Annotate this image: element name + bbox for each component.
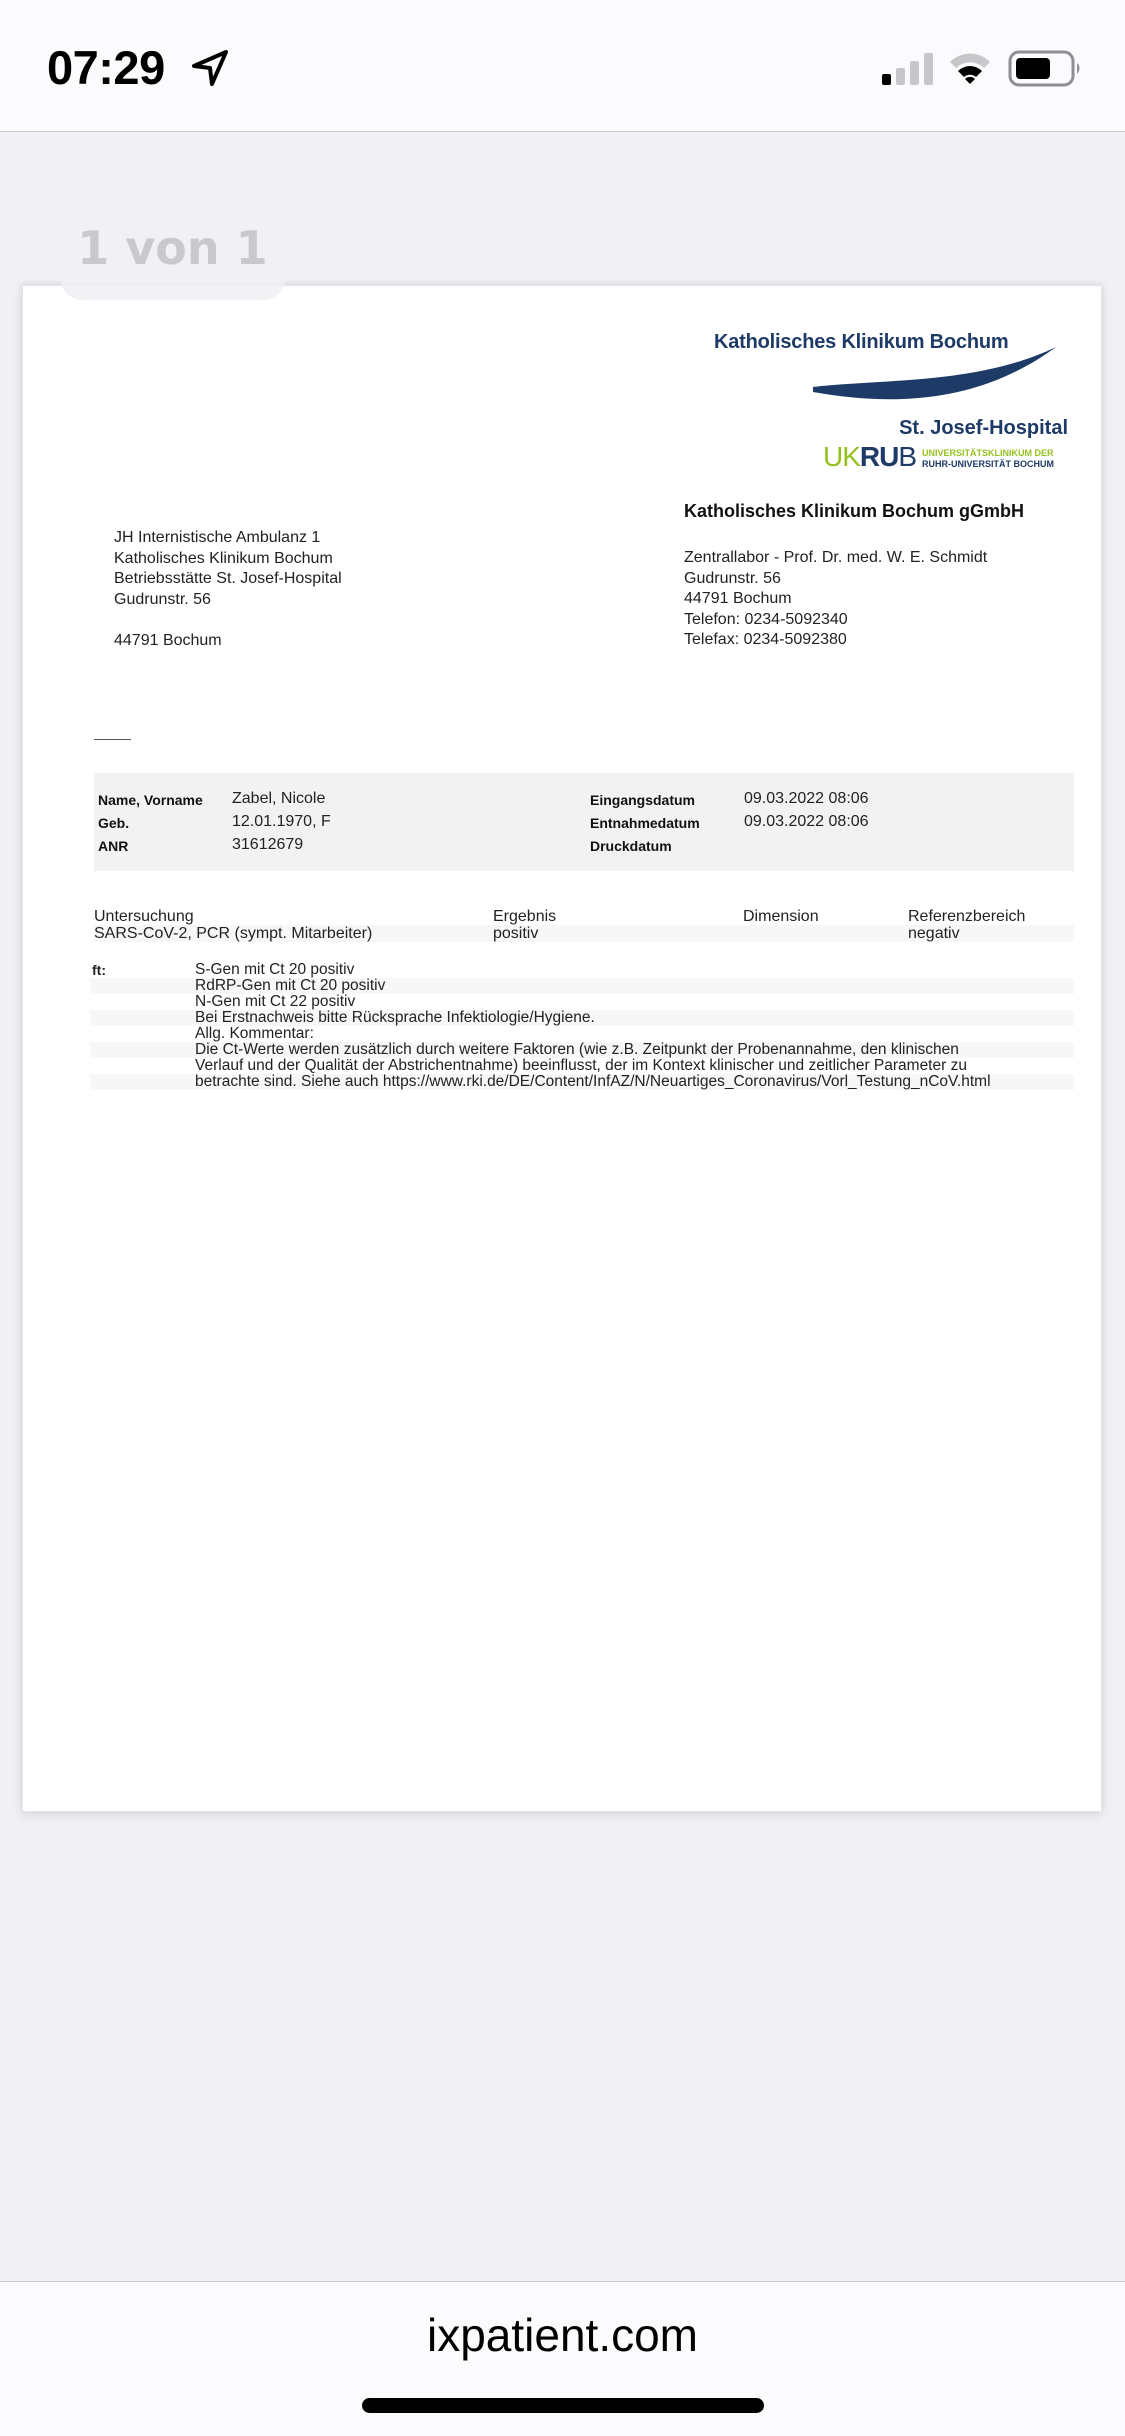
patient-birthdate: 12.01.1970, F (232, 810, 331, 833)
rki-link: betrachte sind. Siehe auch https://www.r… (195, 1074, 991, 1090)
browser-bottom-bar: ixpatient.com (0, 2281, 1125, 2436)
logo-ukrub: UKRUB (823, 441, 916, 473)
patient-labels-right: Eingangsdatum Entnahmedatum Druckdatum (590, 789, 700, 858)
document-viewer[interactable]: 1 von 1 Katholisches Klinikum Bochum St.… (0, 133, 1125, 2281)
url-label[interactable]: ixpatient.com (0, 2308, 1125, 2362)
home-indicator[interactable] (362, 2398, 764, 2413)
print-date (744, 833, 869, 856)
patient-info-box: Name, Vorname Geb. ANR Zabel, Nicole 12.… (94, 773, 1074, 871)
patient-values-left: Zabel, Nicole 12.01.1970, F 31612679 (232, 787, 331, 856)
patient-anr: 31612679 (232, 833, 331, 856)
wifi-icon (947, 50, 993, 86)
findings-label: ft: (92, 962, 106, 978)
receipt-date: 09.03.2022 08:06 (744, 787, 869, 810)
test-result: positiv (493, 925, 538, 942)
document-page[interactable]: Katholisches Klinikum Bochum St. Josef-H… (22, 285, 1102, 1812)
status-bar: 07:29 (0, 0, 1125, 132)
patient-name: Zabel, Nicole (232, 787, 331, 810)
results-table: Untersuchung Ergebnis Dimension Referenz… (94, 908, 1074, 942)
test-name: SARS-CoV-2, PCR (sympt. Mitarbeiter) (94, 925, 372, 942)
status-time: 07:29 (47, 40, 165, 95)
patient-labels-left: Name, Vorname Geb. ANR (98, 789, 203, 858)
collection-date: 09.03.2022 08:06 (744, 810, 869, 833)
sender-title: Katholisches Klinikum Bochum gGmbH (684, 501, 1024, 522)
findings-block: ft:S-Gen mit Ct 20 positiv RdRP-Gen mit … (90, 962, 1074, 1090)
logo-university: UNIVERSITÄTSKLINIKUM DER RUHR-UNIVERSITÄ… (922, 448, 1054, 470)
test-reference: negativ (908, 925, 960, 942)
page-counter: 1 von 1 (60, 195, 285, 300)
logo-swoosh-icon (688, 345, 1068, 415)
cellular-signal-icon (880, 52, 936, 86)
sender-address: Zentrallabor - Prof. Dr. med. W. E. Schm… (684, 548, 987, 651)
divider (94, 739, 131, 740)
battery-icon (1008, 50, 1083, 88)
table-row: SARS-CoV-2, PCR (sympt. Mitarbeiter) pos… (94, 925, 1074, 942)
recipient-address: JH Internistische Ambulanz 1 Katholische… (114, 528, 342, 651)
location-arrow-icon (190, 48, 230, 88)
patient-values-right: 09.03.2022 08:06 09.03.2022 08:06 (744, 787, 869, 856)
hospital-logo: Katholisches Klinikum Bochum St. Josef-H… (688, 331, 1068, 481)
logo-hospital: St. Josef-Hospital (899, 417, 1068, 440)
results-header: Untersuchung Ergebnis Dimension Referenz… (94, 908, 1074, 925)
